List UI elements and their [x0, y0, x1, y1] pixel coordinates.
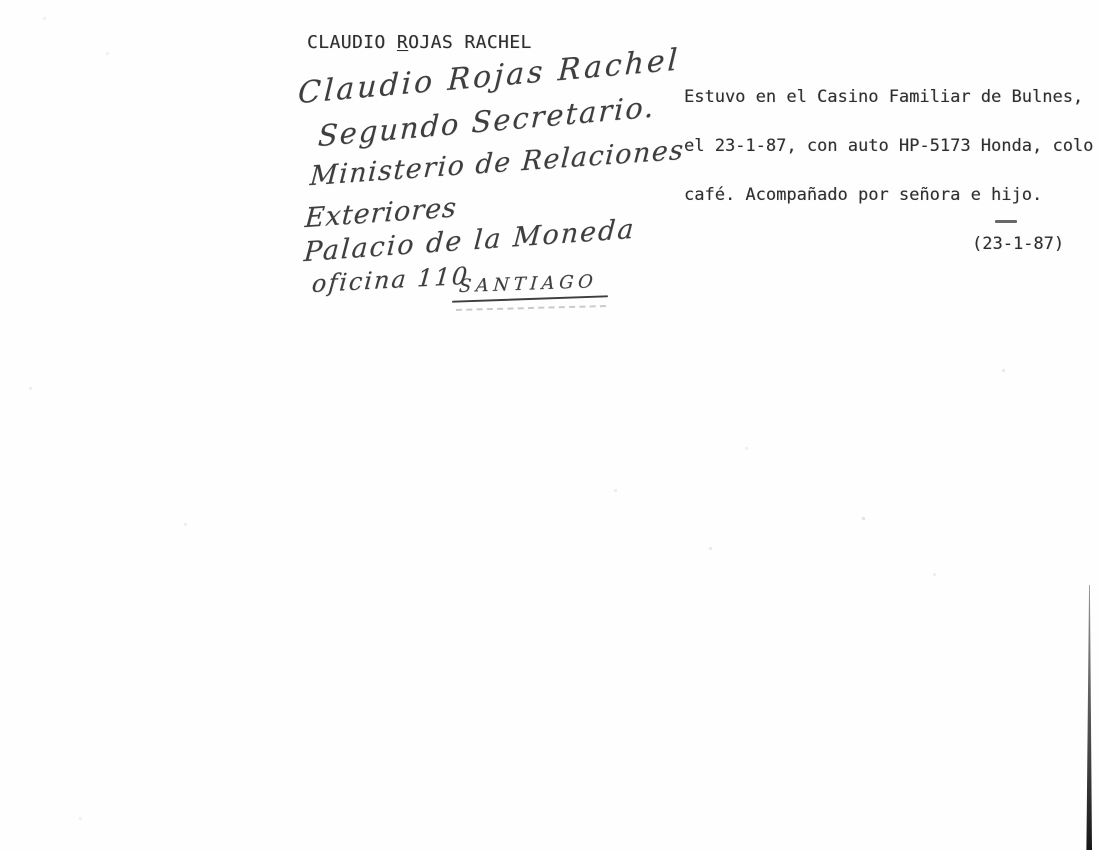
header-part1: CLAUDIO: [307, 32, 397, 53]
stray-dash-mark: [995, 220, 1017, 223]
scan-speckles: [0, 0, 1, 1]
santiago-faint-underline-stroke: [456, 305, 606, 311]
typed-note-line: café. Acompañado por señora e hijo.: [684, 187, 1100, 203]
scan-edge-line: [1085, 585, 1092, 850]
typed-header-name: CLAUDIO ROJAS RACHEL: [307, 32, 532, 53]
scanned-document-page: CLAUDIO ROJAS RACHEL Estuvo en el Casino…: [0, 0, 1100, 850]
header-part2: OJAS RACHEL: [408, 32, 532, 53]
typed-note-block: Estuvo en el Casino Familiar de Bulnes, …: [684, 56, 1100, 286]
handwritten-santiago-word: SANTIAGO: [458, 271, 598, 297]
typed-note-line: Estuvo en el Casino Familiar de Bulnes,: [684, 89, 1100, 105]
typed-note-date-line: (23-1-87): [972, 236, 1100, 252]
header-underlined-letter: R: [397, 32, 408, 53]
handwritten-oficina-line: oficina 110: [311, 262, 471, 298]
typed-note-line: el 23-1-87, con auto HP-5173 Honda, colo: [684, 138, 1100, 154]
